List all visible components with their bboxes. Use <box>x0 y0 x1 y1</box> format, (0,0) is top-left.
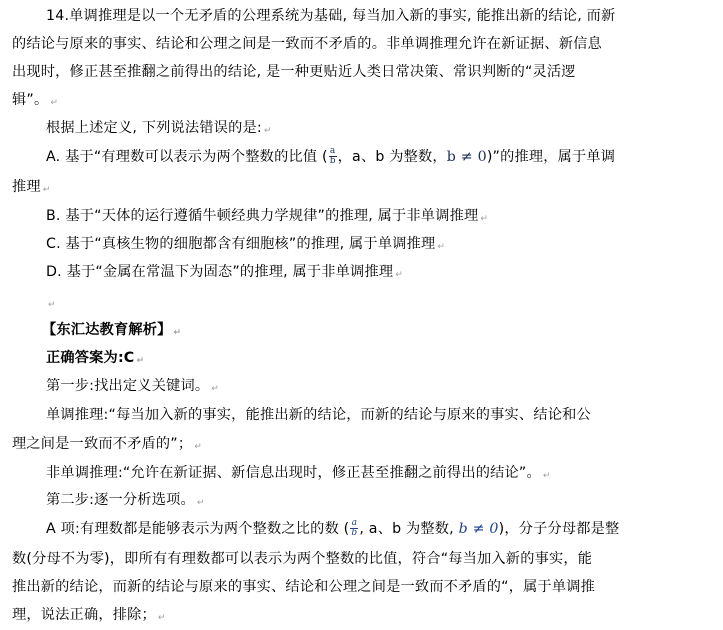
option-text: 基于“天体的运行遵循牛顿经典力学规律”的推理, 属于非单调推理 <box>65 208 478 224</box>
paragraph-mark-icon: ↵ <box>136 356 144 366</box>
math-expression: b ≠ 0 <box>459 521 499 537</box>
definition-text: 理之间是一致而不矛盾的”； <box>12 436 192 452</box>
fraction-a-over-b: ab <box>329 147 337 166</box>
option-a-analysis-line-4: 理，说法正确，排除；↵ <box>12 605 166 628</box>
definition-text: 非单调推理:“允许在新证据、新信息出现时，修正甚至推翻之前得出的结论”。 <box>46 465 541 481</box>
stem-text: 出现时，修正甚至推翻之前得出的结论, 是一种更贴近人类日常决策、常识判断的“灵活… <box>12 64 576 80</box>
paragraph-mark-icon: ↵ <box>197 498 205 508</box>
option-text: 基于“真核生物的细胞都含有细胞核”的推理, 属于单调推理 <box>66 236 436 252</box>
paragraph-mark-icon: ↵ <box>158 613 166 623</box>
paragraph-mark-icon: ↵ <box>174 328 182 338</box>
paragraph-mark-icon: ↵ <box>50 98 58 108</box>
paragraph-mark-icon: ↵ <box>194 442 202 452</box>
prompt-text: 根据上述定义, 下列说法错误的是: <box>46 120 262 136</box>
option-text: 基于“有理数可以表示为两个整数的比值 ( <box>65 149 328 165</box>
paragraph-mark-icon: ↵ <box>264 126 272 136</box>
option-d: D. 基于“金属在常温下为固态”的推理, 属于非单调推理↵ <box>46 262 403 285</box>
analysis-text: 数(分母不为零)，即所有有理数都可以表示为两个整数的比值，符合“每当加入新的事实… <box>12 551 592 567</box>
monotonic-definition-line-2: 理之间是一致而不矛盾的”；↵ <box>12 434 202 457</box>
option-text: 推理 <box>12 179 41 195</box>
question-stem-line-1: 14.单调推理是以一个无矛盾的公理系统为基础, 每当加入新的事实, 能推出新的结… <box>46 6 615 26</box>
fraction-a-over-b: ab <box>350 519 358 538</box>
question-stem-line-3: 出现时，修正甚至推翻之前得出的结论, 是一种更贴近人类日常决策、常识判断的“灵活… <box>12 62 576 82</box>
analysis-step-2: 第二步:逐一分析选项。↵ <box>46 490 205 513</box>
option-text: 基于“金属在常温下为固态”的推理, 属于非单调推理 <box>67 264 394 280</box>
math-expression: b ≠ 0 <box>447 149 487 165</box>
option-text: )”的推理，属于单调 <box>487 149 615 165</box>
fraction-denominator: b <box>350 529 358 538</box>
option-a-analysis-line-2: 数(分母不为零)，即所有有理数都可以表示为两个整数的比值，符合“每当加入新的事实… <box>12 549 592 569</box>
analysis-text: 推出新的结论，而新的结论与原来的事实、结论和公理之间是一致而不矛盾的“，属于单调… <box>12 579 595 595</box>
paragraph-mark-icon: ↵ <box>395 270 403 280</box>
stem-text: 辑”。 <box>12 92 48 108</box>
empty-paragraph: ↵ <box>46 292 56 315</box>
paragraph-mark-icon: ↵ <box>48 300 56 310</box>
fraction-denominator: b <box>329 157 337 166</box>
option-a-analysis-line-1: A 项:有理数都是能够表示为两个整数之比的数 (ab, a、b 为整数, b ≠… <box>46 519 619 539</box>
question-stem-line-4: 辑”。↵ <box>12 90 58 113</box>
analysis-header: 【东汇达教育解析】↵ <box>42 320 181 343</box>
correct-answer: 正确答案为:C↵ <box>46 348 144 371</box>
option-a-analysis-line-3: 推出新的结论，而新的结论与原来的事实、结论和公理之间是一致而不矛盾的“，属于单调… <box>12 577 595 597</box>
answer-text: 正确答案为:C <box>46 350 134 366</box>
step-text: 第二步:逐一分析选项。 <box>46 492 195 508</box>
option-letter: C. <box>46 236 61 252</box>
option-c: C. 基于“真核生物的细胞都含有细胞核”的推理, 属于单调推理↵ <box>46 234 445 257</box>
definition-text: 单调推理:“每当加入新的事实，能推出新的结论，而新的结论与原来的事实、结论和公 <box>46 407 591 423</box>
question-prompt: 根据上述定义, 下列说法错误的是:↵ <box>46 118 272 141</box>
question-stem-line-2: 的结论与原来的事实、结论和公理之间是一致而不矛盾的。非单调推理允许在新证据、新信… <box>12 34 602 54</box>
paragraph-mark-icon: ↵ <box>543 471 551 481</box>
option-a: A. 基于“有理数可以表示为两个整数的比值 (ab，a、b 为整数，b ≠ 0)… <box>46 147 615 167</box>
analysis-text: 理，说法正确，排除； <box>12 607 156 623</box>
analysis-text: A 项:有理数都是能够表示为两个整数之比的数 ( <box>46 521 349 537</box>
analysis-text: , a、b 为整数, <box>359 521 458 537</box>
option-b: B. 基于“天体的运行遵循牛顿经典力学规律”的推理, 属于非单调推理↵ <box>46 206 488 229</box>
option-a-continuation: 推理↵ <box>12 177 51 200</box>
step-text: 第一步:找出定义关键词。 <box>46 378 209 394</box>
stem-text: 的结论与原来的事实、结论和公理之间是一致而不矛盾的。非单调推理允许在新证据、新信… <box>12 36 602 52</box>
analysis-title: 【东汇达教育解析】 <box>42 322 172 338</box>
option-letter: D. <box>46 264 62 280</box>
paragraph-mark-icon: ↵ <box>480 214 488 224</box>
option-text: ，a、b 为整数， <box>338 149 447 165</box>
analysis-step-1: 第一步:找出定义关键词。↵ <box>46 376 219 399</box>
paragraph-mark-icon: ↵ <box>43 185 51 195</box>
stem-text: 单调推理是以一个无矛盾的公理系统为基础, 每当加入新的事实, 能推出新的结论, … <box>69 8 615 24</box>
monotonic-definition-line-1: 单调推理:“每当加入新的事实，能推出新的结论，而新的结论与原来的事实、结论和公 <box>46 405 591 425</box>
fraction-numerator: a <box>329 147 337 157</box>
paragraph-mark-icon: ↵ <box>211 384 219 394</box>
nonmonotonic-definition: 非单调推理:“允许在新证据、新信息出现时，修正甚至推翻之前得出的结论”。↵ <box>46 463 551 486</box>
option-letter: B. <box>46 208 61 224</box>
fraction-numerator: a <box>350 519 358 529</box>
analysis-text: )，分子分母都是整 <box>499 521 620 537</box>
option-letter: A. <box>46 149 60 165</box>
question-number: 14. <box>46 8 69 24</box>
paragraph-mark-icon: ↵ <box>437 242 445 252</box>
